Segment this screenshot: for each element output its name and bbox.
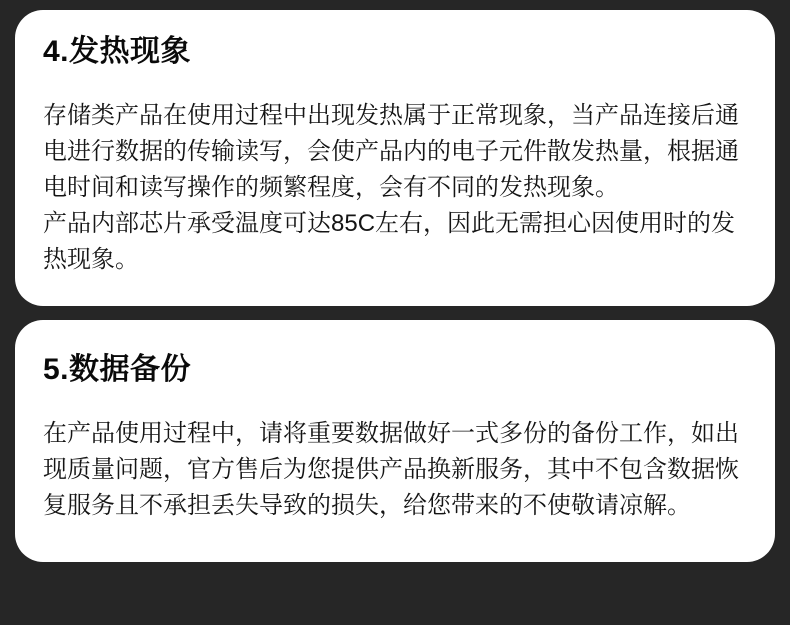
section-paragraph: 在产品使用过程中，请将重要数据做好一式多份的备份工作，如出现质量问题，官方售后为…	[43, 416, 747, 524]
section-heading-data-backup: 5.数据备份	[43, 352, 747, 388]
section-heading-heat-phenomenon: 4.发热现象	[43, 34, 747, 70]
section-paragraph: 产品内部芯片承受温度可达85C左右，因此无需担心因使用时的发热现象。	[43, 206, 747, 278]
section-paragraph: 存储类产品在使用过程中出现发热属于正常现象，当产品连接后通电进行数据的传输读写，…	[43, 98, 747, 206]
section-card-heat-phenomenon: 4.发热现象 存储类产品在使用过程中出现发热属于正常现象，当产品连接后通电进行数…	[15, 10, 775, 306]
section-card-data-backup: 5.数据备份 在产品使用过程中，请将重要数据做好一式多份的备份工作，如出现质量问…	[15, 320, 775, 562]
product-notice-page: 4.发热现象 存储类产品在使用过程中出现发热属于正常现象，当产品连接后通电进行数…	[0, 0, 790, 625]
